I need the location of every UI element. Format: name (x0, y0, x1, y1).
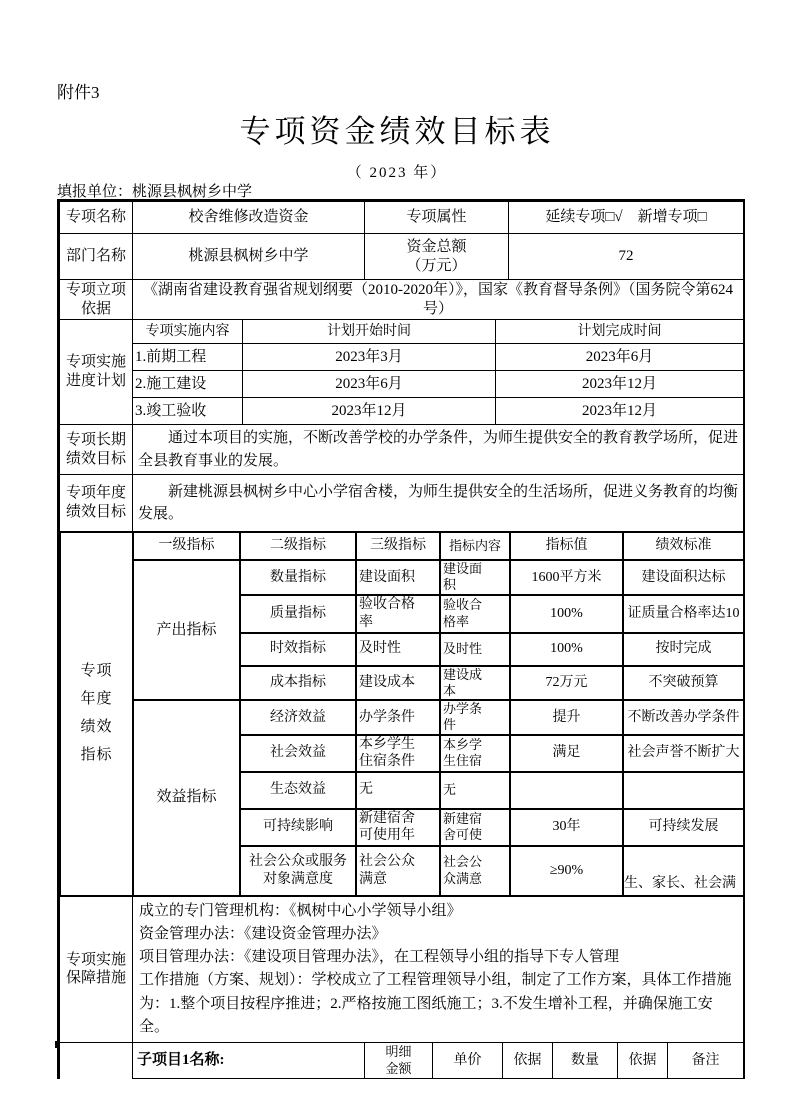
schedule-item: 2.施工建设 (133, 371, 243, 398)
indicator-content: 及时性 (440, 633, 510, 666)
indicator-content: 建设成 本 (440, 666, 510, 701)
schedule-header-content: 专项实施内容 (133, 320, 243, 344)
annual-goal-label: 专项年度绩效目标 (60, 475, 133, 532)
indicator-value: 100% (510, 595, 623, 633)
indicator-l3: 验收合格 率 (356, 595, 440, 633)
subproject-header-quantity: 数量 (553, 1043, 618, 1079)
indicator-row: 产出指标 数量指标 建设面积 建设面 积 1600平方米 建设面积达标 (60, 560, 744, 595)
schedule-finish: 2023年6月 (496, 344, 744, 371)
info-table: 专项名称 校舍维修改造资金 专项属性 延续专项□√ 新增专项□ 部门名称 桃源县… (59, 201, 744, 320)
schedule-row: 3.竣工验收 2023年12月 2023年12月 (60, 398, 744, 425)
indicator-standard: 按时完成 (623, 633, 744, 666)
subproject-header-remark: 备注 (668, 1043, 744, 1079)
goals-table: 专项长期绩效目标 通过本项目的实施，不断改善学校的办学条件，为师生提供安全的教育… (59, 424, 744, 532)
indicator-l3: 新建宿舍 可使用年 (356, 809, 440, 846)
schedule-item: 3.竣工验收 (133, 398, 243, 425)
header-standard: 绩效标准 (623, 532, 744, 560)
project-attr-checkboxes: 延续专项□√ 新增专项□ (509, 202, 744, 234)
schedule-start: 2023年12月 (243, 398, 496, 425)
indicator-l3: 建设成本 (356, 666, 440, 701)
subproject-name-label: 子项目1名称: (133, 1043, 365, 1079)
indicator-value: 满足 (510, 735, 623, 772)
indicator-l2: 生态效益 (240, 772, 356, 809)
table-left-spine-extension (55, 1041, 133, 1048)
header-level2: 二级指标 (240, 532, 356, 560)
indicator-l3: 社会公众 满意 (356, 846, 440, 896)
department-label: 部门名称 (60, 234, 133, 280)
project-attr-label: 专项属性 (365, 202, 509, 234)
schedule-table: 专项实施进度计划 专项实施内容 计划开始时间 计划完成时间 1.前期工程 202… (59, 319, 744, 425)
indicator-standard: 不断改善办学条件 (623, 700, 744, 735)
indicator-value: 100% (510, 633, 623, 666)
subproject-header-unit-price: 单价 (433, 1043, 503, 1079)
project-name-value: 校舍维修改造资金 (133, 202, 365, 234)
indicator-standard: 社会声誉不断扩大 (623, 735, 744, 772)
schedule-row-label: 专项实施进度计划 (60, 320, 133, 425)
indicator-content: 社会公 众满意 (440, 846, 510, 896)
indicator-l3: 建设面积 (356, 560, 440, 595)
year-subtitle: （ 2023 年） (0, 161, 794, 182)
indicators-table: 专项 年度 绩效 指标 一级指标 二级指标 三级指标 指标内容 指标值 绩效标准… (59, 531, 745, 897)
indicator-content: 验收合 格率 (440, 595, 510, 633)
indicator-standard: 建设面积达标 (623, 560, 744, 595)
indicator-content: 新建宿 舍可使 (440, 809, 510, 846)
indicator-value: 30年 (510, 809, 623, 846)
basis-label: 专项立项依据 (60, 280, 133, 320)
indicator-content: 无 (440, 772, 510, 809)
annual-goal-text: 新建桃源县枫树乡中心小学宿舍楼，为师生提供安全的生活场所，促进义务教育的均衡发展… (133, 475, 744, 532)
safeguard-label: 专项实施保障措施 (60, 896, 133, 1043)
subproject-header-basis-1: 依据 (503, 1043, 553, 1079)
indicator-l2: 可持续影响 (240, 809, 356, 846)
safeguard-text: 成立的专门管理机构：《枫树中心小学领导小组》 资金管理办法：《建设资金管理办法》… (133, 896, 744, 1043)
long-term-goal-label: 专项长期绩效目标 (60, 425, 133, 475)
indicator-value: ≥90% (510, 846, 623, 896)
indicator-l2: 质量指标 (240, 595, 356, 633)
indicator-l2: 社会公众或服务 对象满意度 (240, 846, 356, 896)
schedule-start: 2023年3月 (243, 344, 496, 371)
schedule-finish: 2023年12月 (496, 398, 744, 425)
indicator-l3: 办学条件 (356, 700, 440, 735)
group-output-label: 产出指标 (133, 560, 240, 700)
indicator-row: 效益指标 经济效益 办学条件 办学条 件 提升 不断改善办学条件 (60, 700, 744, 735)
schedule-row: 2.施工建设 2023年6月 2023年12月 (60, 371, 744, 398)
indicator-value: 72万元 (510, 666, 623, 701)
indicator-standard: 证质量合格率达10 (623, 595, 744, 633)
indicator-l3: 无 (356, 772, 440, 809)
indicator-standard: 生、家长、社会满 (623, 846, 744, 896)
indicator-l3: 本乡学生 住宿条件 (356, 735, 440, 772)
indicator-l2: 社会效益 (240, 735, 356, 772)
basis-value: 《湖南省建设教育强省规划纲要（2010-2020年）》，国家《教育督导条例》（国… (133, 280, 744, 320)
indicator-content: 办学条 件 (440, 700, 510, 735)
indicator-l2: 成本指标 (240, 666, 356, 701)
schedule-item: 1.前期工程 (133, 344, 243, 371)
schedule-finish: 2023年12月 (496, 371, 744, 398)
indicator-l2: 数量指标 (240, 560, 356, 595)
subproject-header-detail-amount: 明细 金额 (365, 1043, 433, 1079)
header-value: 指标值 (510, 532, 623, 560)
schedule-row: 1.前期工程 2023年3月 2023年6月 (60, 344, 744, 371)
schedule-start: 2023年6月 (243, 371, 496, 398)
page-title: 专项资金绩效目标表 (0, 106, 794, 151)
header-content: 指标内容 (440, 532, 510, 560)
indicator-value: 1600平方米 (510, 560, 623, 595)
project-name-label: 专项名称 (60, 202, 133, 234)
attachment-number: 附件3 (57, 78, 100, 103)
total-fund-value: 72 (509, 234, 744, 280)
safeguard-table: 专项实施保障措施 成立的专门管理机构：《枫树中心小学领导小组》 资金管理办法：《… (59, 896, 744, 1044)
subproject-table: 子项目1名称: 明细 金额 单价 依据 数量 依据 备注 (59, 1042, 744, 1079)
performance-target-table: 专项名称 校舍维修改造资金 专项属性 延续专项□√ 新增专项□ 部门名称 桃源县… (57, 199, 745, 1079)
total-fund-label: 资金总额 （万元） (365, 234, 509, 280)
reporting-unit: 填报单位：桃源县枫树乡中学 (57, 180, 252, 201)
header-level1: 一级指标 (133, 532, 240, 560)
indicator-content: 本乡学 生住宿 (440, 735, 510, 772)
schedule-header-finish: 计划完成时间 (496, 320, 744, 344)
header-level3: 三级指标 (356, 532, 440, 560)
indicator-l2: 时效指标 (240, 633, 356, 666)
indicator-l3: 及时性 (356, 633, 440, 666)
schedule-header-start: 计划开始时间 (243, 320, 496, 344)
indicator-standard: 可持续发展 (623, 809, 744, 846)
long-term-goal-text: 通过本项目的实施，不断改善学校的办学条件，为师生提供安全的教育教学场所，促进全县… (133, 425, 744, 475)
indicator-l2: 经济效益 (240, 700, 356, 735)
indicator-content: 建设面 积 (440, 560, 510, 595)
group-benefit-label: 效益指标 (133, 700, 240, 896)
indicator-standard: 不突破预算 (623, 666, 744, 701)
indicators-side-label: 专项 年度 绩效 指标 (60, 532, 133, 896)
indicator-standard (623, 772, 744, 809)
indicator-value (510, 772, 623, 809)
subproject-header-basis-2: 依据 (618, 1043, 668, 1079)
department-value: 桃源县枫树乡中学 (133, 234, 365, 280)
indicator-value: 提升 (510, 700, 623, 735)
